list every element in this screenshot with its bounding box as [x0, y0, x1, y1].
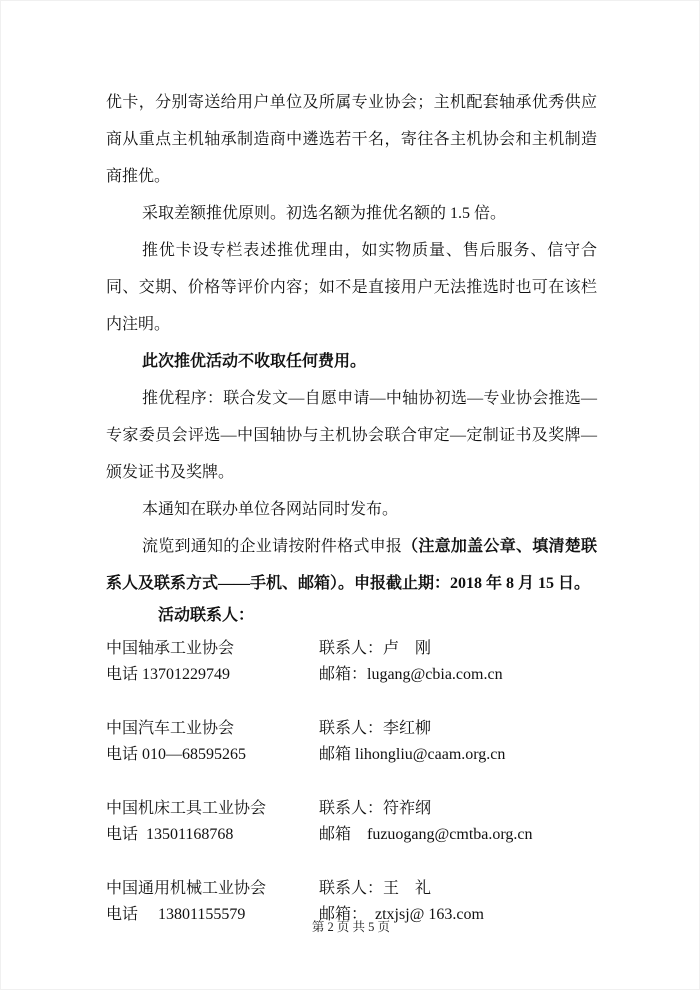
contact-email: 邮箱 lihongliu@caam.org.cn: [319, 742, 597, 768]
contact-group-automobile-association: 中国汽车工业协会 联系人：李红柳 电话 010—68595265 邮箱 liho…: [106, 716, 597, 768]
paragraph-continuation: 优卡，分别寄送给用户单位及所属专业协会；主机配套轴承优秀供应商从重点主机轴承制造…: [106, 84, 597, 195]
contact-org: 中国汽车工业协会: [106, 716, 319, 742]
contact-person: 联系人：李红柳: [319, 716, 597, 742]
contact-email: 邮箱 fuzuogang@cmtba.org.cn: [319, 822, 597, 848]
contact-person: 联系人：王 礼: [319, 876, 597, 902]
contact-org: 中国机床工具工业协会: [106, 796, 319, 822]
paragraph-publish-notice: 本通知在联办单位各网站同时发布。: [106, 491, 597, 528]
document-body: 优卡，分别寄送给用户单位及所属专业协会；主机配套轴承优秀供应商从重点主机轴承制造…: [106, 84, 597, 928]
contact-phone: 电话 010—68595265: [106, 742, 319, 768]
apply-paragraph-normal-text: 流览到通知的企业请按附件格式申报: [142, 538, 402, 555]
contact-row: 中国通用机械工业协会 联系人：王 礼: [106, 876, 597, 902]
paragraph-quota-rule: 采取差额推优原则。初选名额为推优名额的 1.5 倍。: [106, 195, 597, 232]
paragraph-procedure: 推优程序：联合发文—自愿申请—中轴协初选—专业协会推选—专家委员会评选—中国轴协…: [106, 380, 597, 491]
contact-row: 电话 010—68595265 邮箱 lihongliu@caam.org.cn: [106, 742, 597, 768]
contact-row: 中国机床工具工业协会 联系人：符祚纲: [106, 796, 597, 822]
contact-row: 电话 13501168768 邮箱 fuzuogang@cmtba.org.cn: [106, 822, 597, 848]
paragraph-card-columns: 推优卡设专栏表述推优理由，如实物质量、售后服务、信守合同、交期、价格等评价内容；…: [106, 232, 597, 343]
contact-person: 联系人：符祚纲: [319, 796, 597, 822]
contact-email: 邮箱：lugang@cbia.com.cn: [319, 662, 597, 688]
paragraph-apply-deadline: 流览到通知的企业请按附件格式申报（注意加盖公章、填清楚联系人及联系方式——手机、…: [106, 528, 597, 602]
contact-group-machine-tool-association: 中国机床工具工业协会 联系人：符祚纲 电话 13501168768 邮箱 fuz…: [106, 796, 597, 848]
contact-org: 中国通用机械工业协会: [106, 876, 319, 902]
contact-phone: 电话 13501168768: [106, 822, 319, 848]
contact-row: 中国汽车工业协会 联系人：李红柳: [106, 716, 597, 742]
contact-org: 中国轴承工业协会: [106, 636, 319, 662]
contact-person: 联系人：卢 刚: [319, 636, 597, 662]
document-page: 优卡，分别寄送给用户单位及所属专业协会；主机配套轴承优秀供应商从重点主机轴承制造…: [0, 0, 700, 990]
contact-phone: 电话 13701229749: [106, 662, 319, 688]
contact-group-bearing-association: 中国轴承工业协会 联系人：卢 刚 电话 13701229749 邮箱：lugan…: [106, 636, 597, 688]
contact-row: 电话 13701229749 邮箱：lugang@cbia.com.cn: [106, 662, 597, 688]
contacts-heading: 活动联系人：: [106, 602, 597, 630]
contact-row: 中国轴承工业协会 联系人：卢 刚: [106, 636, 597, 662]
page-number-footer: 第 2 页 共 5 页: [1, 919, 700, 935]
paragraph-no-fee: 此次推优活动不收取任何费用。: [106, 343, 597, 380]
